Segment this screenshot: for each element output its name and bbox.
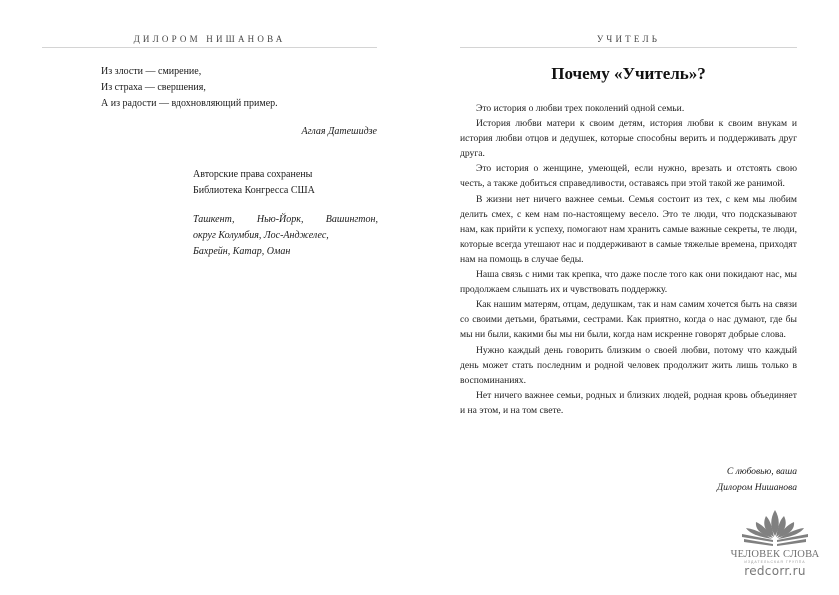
paragraph: Нужно каждый день говорить близким о сво… [460,343,797,388]
paragraph: Наша связь с ними так крепка, что даже п… [460,267,797,297]
lotus-book-icon [740,508,810,548]
publication-cities: Ташкент, Нью-Йорк, Вашингтон, округ Колу… [193,212,378,260]
signoff-line: С любовью, ваша [460,464,797,480]
signoff: С любовью, ваша Дилором Нишанова [460,464,797,496]
copyright-line: Авторские права сохранены [193,167,378,183]
copyright-line: Библиотека Конгресса США [193,183,378,199]
running-head-title: УЧИТЕЛЬ [460,34,797,44]
cities-line: Ташкент, Нью-Йорк, Вашингтон, [193,212,378,228]
epigraph-author: Аглая Датешидзе [101,126,377,137]
copyright-notice: Авторские права сохранены Библиотека Кон… [193,167,378,199]
epigraph-line: А из радости — вдохновляющий пример. [101,96,391,112]
header-rule [42,47,377,48]
publisher-watermark: ЧЕЛОВЕК СЛОВА ИЗДАТЕЛЬСКАЯ ГРУППА redcor… [715,508,835,578]
right-page: УЧИТЕЛЬ Почему «Учитель»? Это история о … [419,0,839,595]
cities-line: Бахрейн, Катар, Оман [193,244,378,260]
epigraph-line: Из злости — смирение, [101,64,391,80]
paragraph: Это история о женщине, умеющей, если нуж… [460,161,797,191]
epigraph: Из злости — смирение, Из страха — сверше… [101,64,391,112]
publisher-name: ЧЕЛОВЕК СЛОВА [715,549,835,560]
cities-line: округ Колумбия, Лос-Анджелес, [193,228,378,244]
left-page: ДИЛОРОМ НИШАНОВА Из злости — смирение, И… [0,0,419,595]
watermark-url: redcorr.ru [715,564,835,578]
paragraph: В жизни нет ничего важнее семьи. Семья с… [460,192,797,267]
epigraph-line: Из страха — свершения, [101,80,391,96]
chapter-title: Почему «Учитель»? [460,64,797,84]
paragraph: Как нашим матерям, отцам, дедушкам, так … [460,297,797,342]
paragraph: История любви матери к своим детям, исто… [460,116,797,161]
running-head-author: ДИЛОРОМ НИШАНОВА [42,34,377,44]
paragraph: Нет ничего важнее семьи, родных и близки… [460,388,797,418]
header-rule [460,47,797,48]
paragraph: Это история о любви трех поколений одной… [460,101,797,116]
body-text: Это история о любви трех поколений одной… [460,101,797,418]
signoff-author: Дилором Нишанова [460,480,797,496]
